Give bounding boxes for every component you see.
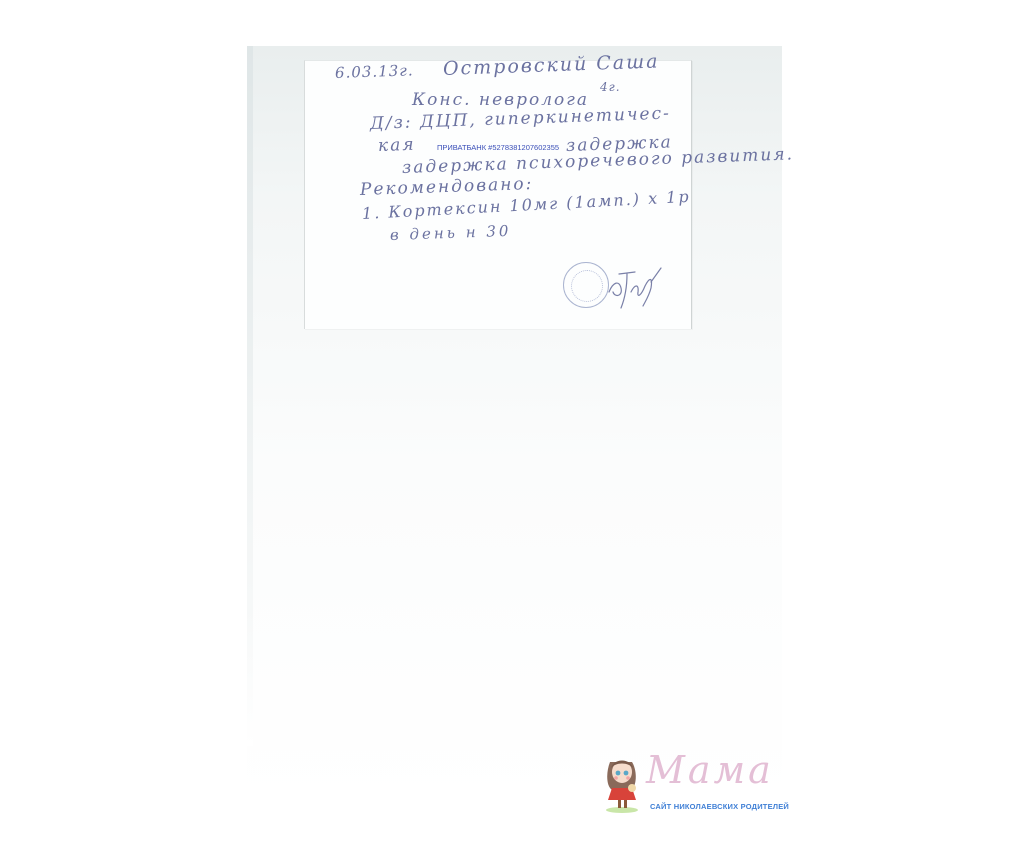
doctor-stamp [563,262,609,308]
logo-title: Мама [646,748,774,792]
diagnosis-line-2-prefix: кая [378,135,416,156]
scan-edge-shadow [247,46,253,746]
signature-mark [605,262,665,312]
site-logo[interactable]: Мама САЙТ НИКОЛАЕВСКИХ РОДИТЕЛЕЙ [600,752,780,814]
girl-doll-icon [600,752,646,814]
note-date: 6.03.13г. [335,61,414,82]
patient-age: 4г. [600,80,621,94]
logo-subtitle: САЙТ НИКОЛАЕВСКИХ РОДИТЕЛЕЙ [650,802,789,811]
bank-watermark: ПРИВАТБАНК #5278381207602355 [437,143,559,152]
